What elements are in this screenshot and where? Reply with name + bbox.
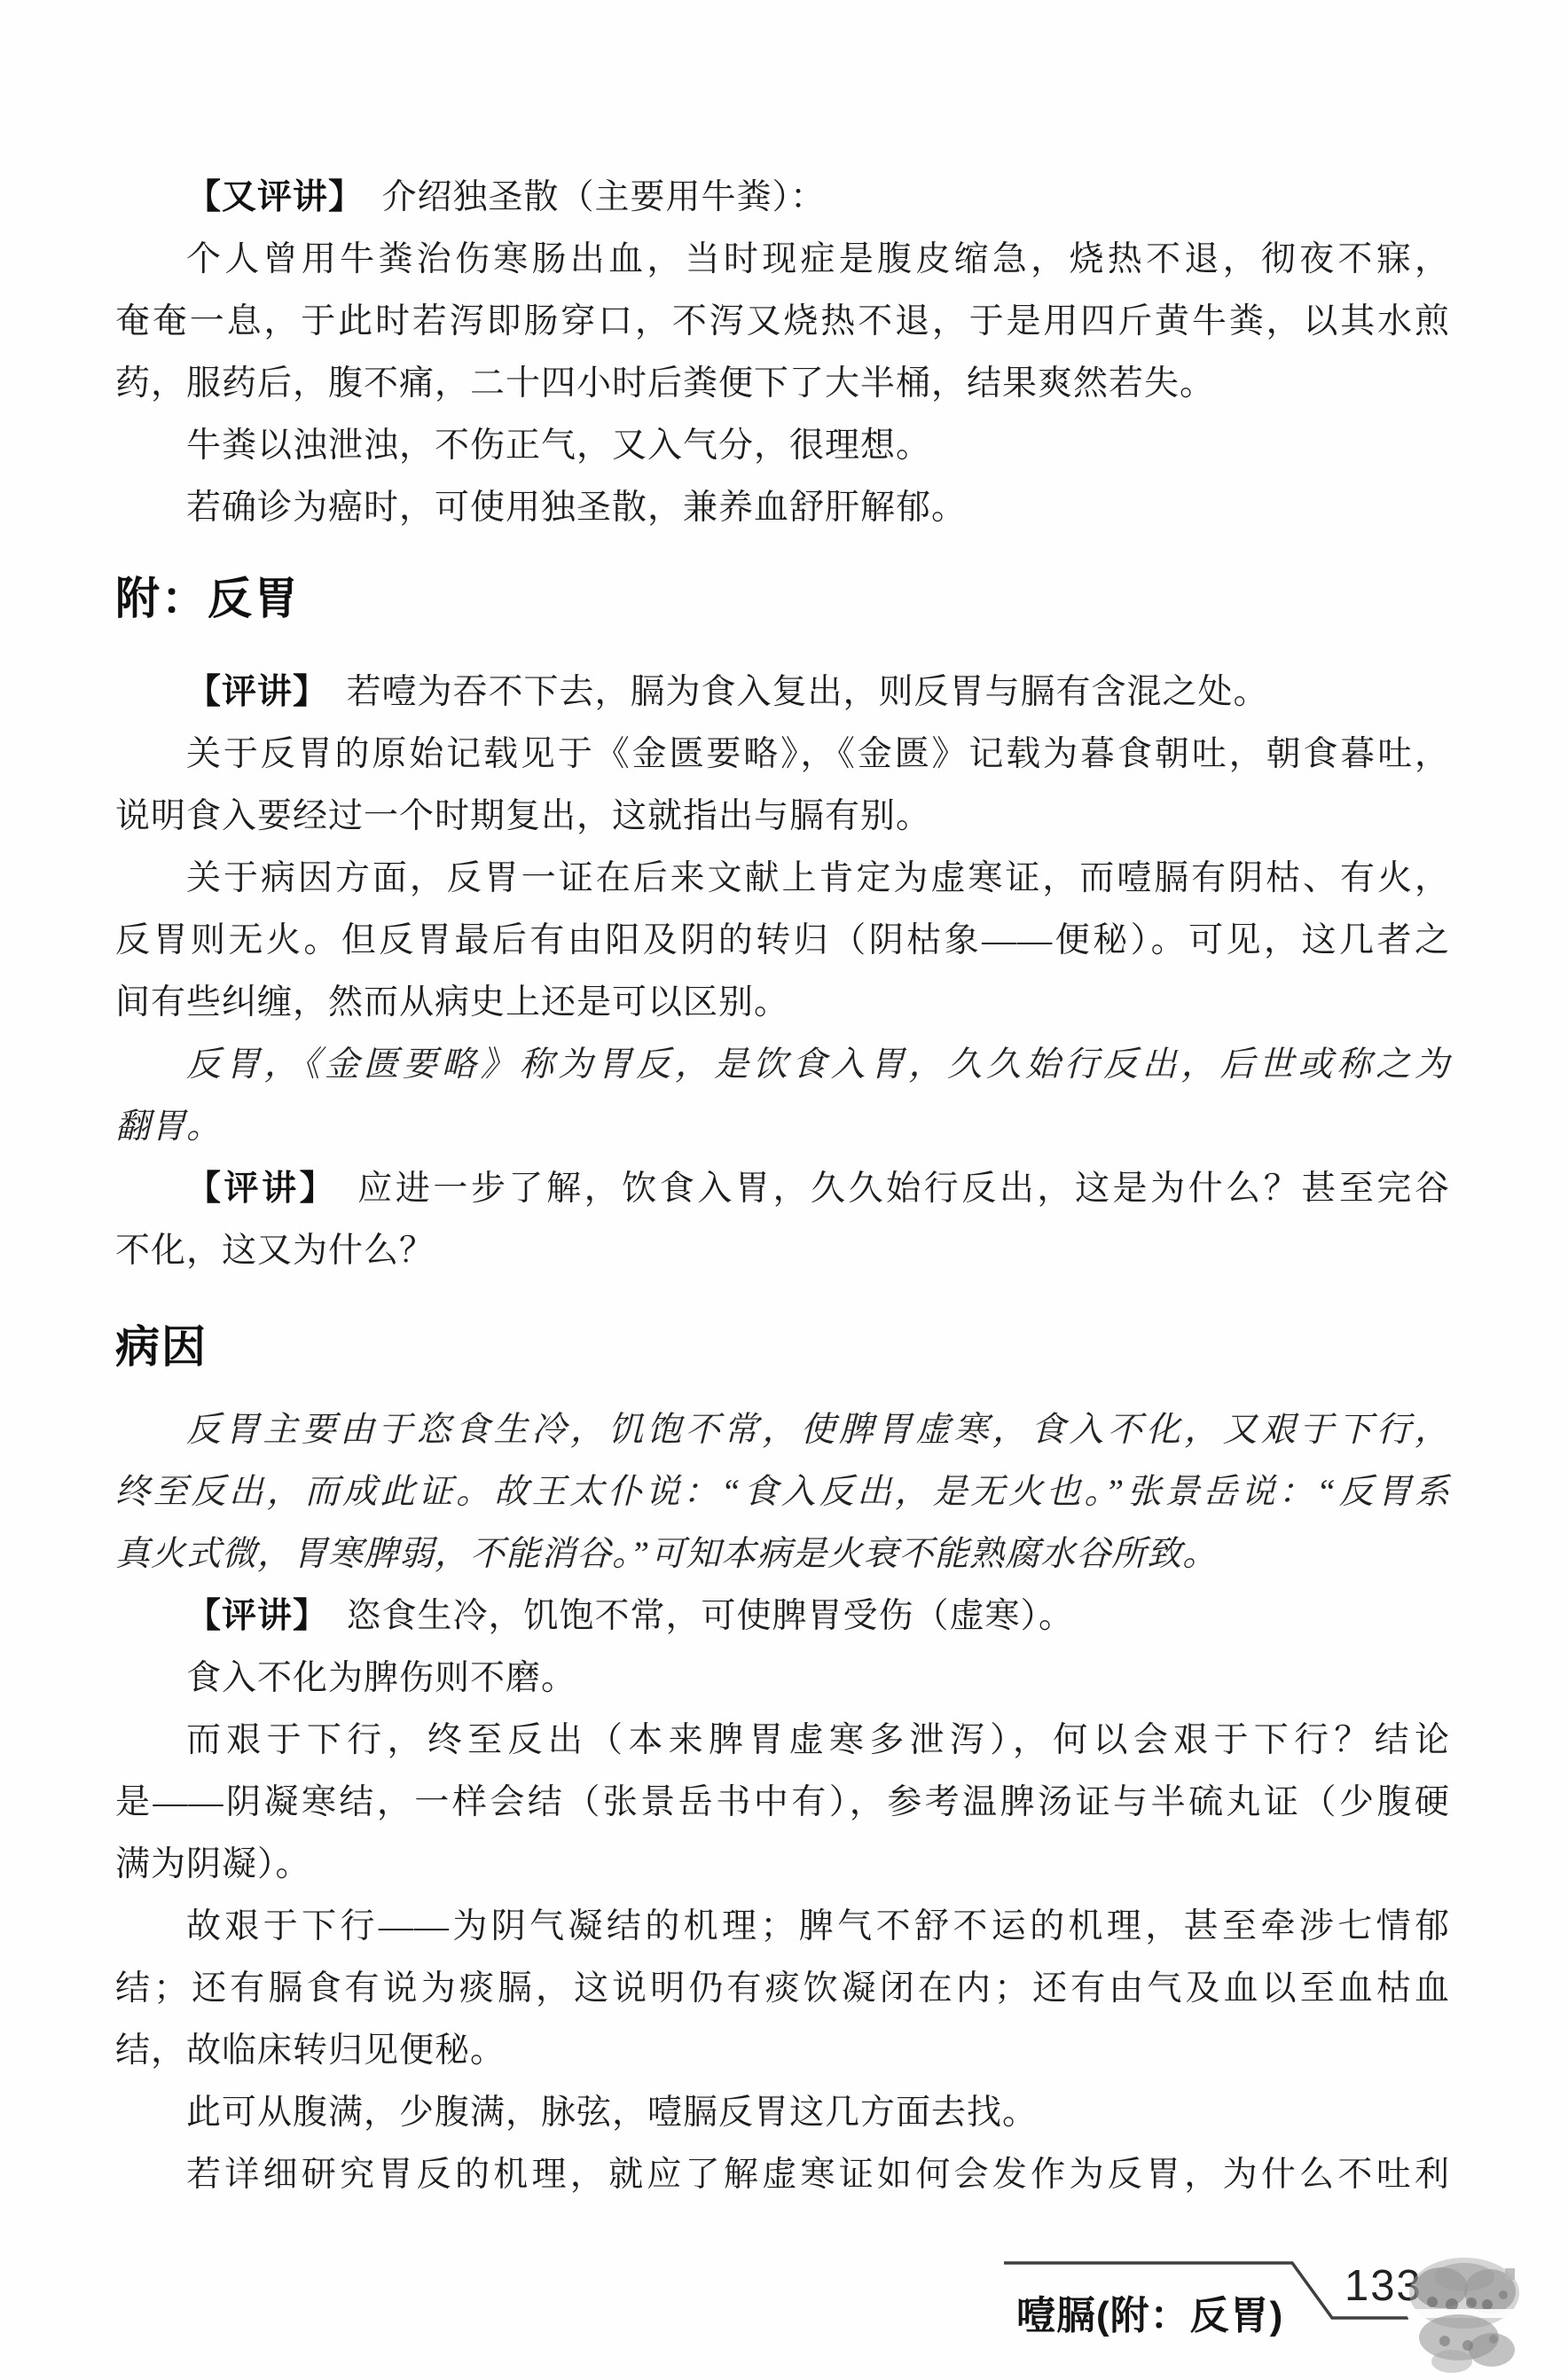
section-heading: 附：反胃 [115,566,1450,631]
text-line: 反胃主要由于恣食生冷，饥饱不常，使脾胃虚寒，食入不化，又艰于下行， [115,1399,1450,1461]
text-line: 结；还有膈食有说为痰膈，这说明仍有痰饮凝闭在内；还有由气及血以至血枯血 [115,1958,1450,2020]
text-line: 【评讲】 若噎为吞不下去，膈为食入复出，则反胃与膈有含混之处。 [115,662,1450,724]
footer-section-title: 噎膈(附：反胃) [1016,2295,1283,2337]
commentary-marker: 【评讲】 [186,673,311,711]
text-line: 是——阴凝寒结，一样会结（张景岳书中有），参考温脾汤证与半硫丸证（少腹硬 [115,1772,1450,1834]
text-line: 真火式微，胃寒脾弱，不能消谷。”可知本病是火衰不能熟腐水谷所致。 [115,1523,1450,1585]
text-line: 此可从腹满，少腹满，脉弦，噎膈反胃这几方面去找。 [115,2082,1450,2144]
commentary-marker: 【又评讲】 [186,178,347,216]
text-line: 关于病因方面，反胃一证在后来文献上肯定为虚寒证，而噎膈有阴枯、有火， [115,848,1450,910]
text-line: 故艰于下行——为阴气凝结的机理；脾气不舒不运的机理，甚至牵涉七情郁 [115,1896,1450,1958]
text-line: 若确诊为癌时，可使用独圣散，兼养血舒肝解郁。 [115,477,1450,539]
text-line: 终至反出，而成此证。故王太仆说：“食入反出，是无火也。”张景岳说：“反胃系 [115,1461,1450,1523]
text-line: 个人曾用牛粪治伤寒肠出血，当时现症是腹皮缩急，烧热不退，彻夜不寐， [115,229,1450,291]
text-line: 关于反胃的原始记载见于《金匮要略》，《金匮》记载为暮食朝吐，朝食暮吐， [115,724,1450,786]
text-line: 间有些纠缠，然而从病史上还是可以区别。 [115,972,1450,1034]
text-line: 不化，这又为什么？ [115,1220,1450,1282]
text-line: 牛粪以浊泄浊，不伤正气，又入气分，很理想。 [115,415,1450,477]
text-line: 【又评讲】 介绍独圣散（主要用牛粪）： [115,167,1450,229]
section-heading: 病因 [115,1314,1450,1380]
text-line: 食入不化为脾伤则不磨。 [115,1648,1450,1710]
text-line: 满为阴凝）。 [115,1834,1450,1896]
text-line: 结，故临床转归见便秘。 [115,2020,1450,2082]
book-page: 【又评讲】 介绍独圣散（主要用牛粪）：个人曾用牛粪治伤寒肠出血，当时现症是腹皮缩… [0,0,1568,2380]
text-line: 反胃，《金匮要略》称为胃反，是饮食入胃，久久始行反出，后世或称之为 [115,1034,1450,1096]
text-line: 翻胃。 [115,1096,1450,1158]
text-line: 药，服药后，腹不痛，二十四小时后粪便下了大半桶，结果爽然若失。 [115,353,1450,415]
text-line: 奄奄一息，于此时若泻即肠穿口，不泻又烧热不退，于是用四斤黄牛粪，以其水煎 [115,291,1450,353]
text-line: 【评讲】 恣食生冷，饥饱不常，可使脾胃受伤（虚寒）。 [115,1585,1450,1648]
text-line: 说明食入要经过一个时期复出，这就指出与膈有别。 [115,786,1450,848]
commentary-marker: 【评讲】 [186,1170,320,1208]
text-line: 若详细研究胃反的机理，就应了解虚寒证如何会发作为反胃，为什么不吐利 [115,2144,1450,2206]
commentary-marker: 【评讲】 [186,1597,311,1635]
landscape-seal-stamp-icon [1406,2254,1525,2376]
text-line: 而艰于下行，终至反出（本来脾胃虚寒多泄泻），何以会艰于下行？结论 [115,1710,1450,1772]
text-line: 【评讲】 应进一步了解，饮食入胃，久久始行反出，这是为什么？甚至完谷 [115,1158,1450,1220]
text-column: 【又评讲】 介绍独圣散（主要用牛粪）：个人曾用牛粪治伤寒肠出血，当时现症是腹皮缩… [115,167,1450,2206]
text-line: 反胃则无火。但反胃最后有由阳及阴的转归（阴枯象——便秘）。可见，这几者之 [115,910,1450,972]
